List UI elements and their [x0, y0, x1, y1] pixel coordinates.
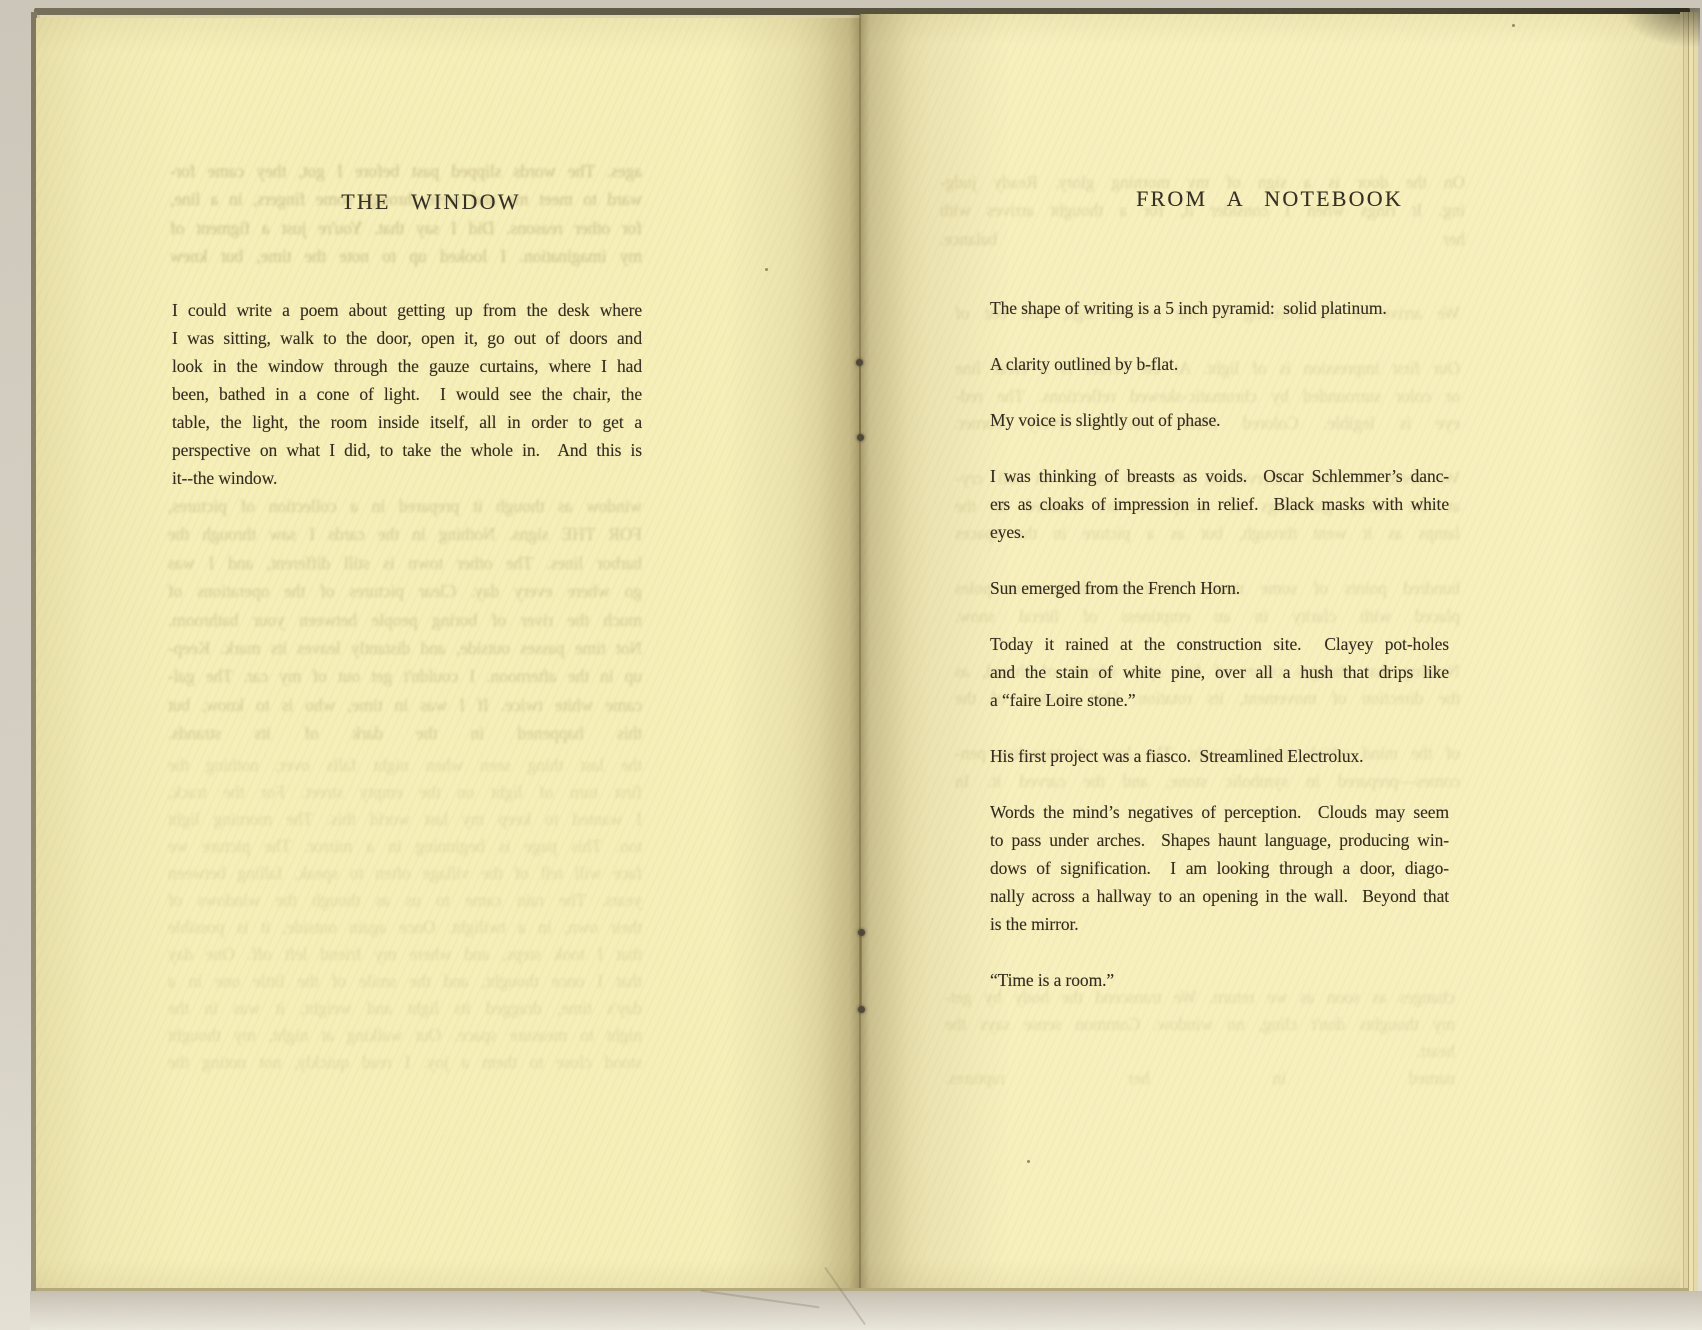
text-line: been, bathed in a cone of light. I would… — [172, 380, 642, 408]
paragraph: “Time is a room.” — [990, 966, 1449, 994]
bleedthrough-text: the last thing seen when night falls ove… — [168, 752, 642, 1076]
text-line: too. This page is beginning in a mirror.… — [168, 833, 642, 860]
text-line: ages. The words slipped past before I go… — [170, 157, 642, 185]
text-line: came white twice. If I was in time, who … — [168, 691, 642, 719]
text-line: nally across a hallway to an opening in … — [990, 882, 1449, 910]
paragraph: I could write a poem about getting up fr… — [172, 296, 642, 492]
page-edge-stack — [1680, 12, 1698, 1292]
paragraph: Sun emerged from the French Horn. — [990, 574, 1449, 602]
stitch-dot — [858, 929, 865, 936]
text-line: “Time is a room.” — [990, 966, 1449, 994]
text-line: years. The rain came to us as though the… — [168, 887, 642, 914]
paragraph: The shape of writing is a 5 inch pyramid… — [990, 294, 1449, 322]
text-line: to pass under arches. Shapes haunt langu… — [990, 826, 1449, 854]
text-line: harbor lines. The other town is still di… — [168, 549, 642, 577]
binding-thread — [859, 366, 861, 438]
text-line: stood close to them a joy. I read quickl… — [168, 1049, 642, 1076]
text-line: My voice is slightly out of phase. — [990, 406, 1449, 434]
stitch-dot — [858, 1006, 865, 1013]
text-line: Not time passes outside, and distantly l… — [168, 634, 642, 662]
text-line: Today it rained at the construction site… — [990, 630, 1449, 658]
paragraph: My voice is slightly out of phase. — [990, 406, 1449, 434]
text-line: heart. — [945, 1038, 1455, 1065]
text-line: that I once thought, and the smile of th… — [168, 968, 642, 995]
text-line: table, the light, the room inside itself… — [172, 408, 642, 436]
text-line: I was thinking of breasts as voids. Osca… — [990, 462, 1449, 490]
right-page-text: The shape of writing is a 5 inch pyramid… — [990, 294, 1449, 1022]
paragraph: His first project was a fiasco. Streamli… — [990, 742, 1449, 770]
text-line: that I took steps, and where my friend l… — [168, 941, 642, 968]
text-line: first turn of light on the empty street.… — [168, 779, 642, 806]
paper-speck — [1512, 24, 1515, 27]
paragraph: Words the mind’s negatives of perception… — [990, 798, 1449, 938]
text-line: is the mirror. — [990, 910, 1449, 938]
text-line: His first project was a fiasco. Streamli… — [990, 742, 1449, 770]
paragraph: I was thinking of breasts as voids. Osca… — [990, 462, 1449, 546]
left-page-title: THE WINDOW — [196, 189, 666, 215]
paragraph: A clarity outlined by b-flat. — [990, 350, 1449, 378]
text-line: night to measure space. Out walking at n… — [168, 1022, 642, 1049]
text-line: her balance. — [940, 225, 1465, 253]
text-line: the last thing seen when night falls ove… — [168, 752, 642, 779]
text-line: for other reasons. Did I say that. You'r… — [170, 214, 642, 242]
text-line: day's time, dragged its light and weight… — [168, 995, 642, 1022]
text-line: perspective on what I did, to take the w… — [172, 436, 642, 464]
text-line: and the stain of white pine, over all a … — [990, 658, 1449, 686]
stitch-dot — [857, 434, 864, 441]
text-line: this happened in the dark of its strands… — [168, 719, 642, 747]
corner-shadow — [1620, 8, 1700, 48]
text-line: dows of signification. I am looking thro… — [990, 854, 1449, 882]
text-line: Words the mind’s negatives of perception… — [990, 798, 1449, 826]
text-line: go where every day. Clear pictures of th… — [168, 577, 642, 605]
text-line: much the river of boring people between … — [168, 606, 642, 634]
text-line: I could write a poem about getting up fr… — [172, 296, 642, 324]
text-line: The shape of writing is a 5 inch pyramid… — [990, 294, 1449, 322]
endpaper-strip — [30, 1291, 1702, 1330]
paper-speck — [1027, 1160, 1030, 1163]
text-line: up in the afternoon. I couldn't get out … — [168, 662, 642, 690]
bleedthrough-text: window as though it prepared in a collec… — [168, 492, 642, 748]
text-line: my imagination. I looked up to note the … — [170, 242, 642, 270]
right-page-title: FROM A NOTEBOOK — [1040, 186, 1499, 212]
paper-speck — [765, 268, 768, 271]
text-line: I wanted to keep my last world this. The… — [168, 806, 642, 833]
text-line: A clarity outlined by b-flat. — [990, 350, 1449, 378]
binding-thread — [860, 936, 862, 1010]
text-line: FOR THE signs. Nothing in the cards I sa… — [168, 520, 642, 548]
text-line: Sun emerged from the French Horn. — [990, 574, 1449, 602]
stitch-dot — [856, 359, 863, 366]
book-scan: ages. The words slipped past before I go… — [0, 0, 1702, 1330]
text-line: a “faire Loire stone.” — [990, 686, 1449, 714]
text-line: face will tell of the village often to s… — [168, 860, 642, 887]
text-line: look in the window through the gauze cur… — [172, 352, 642, 380]
text-line: ers as cloaks of impression in relief. B… — [990, 490, 1449, 518]
text-line: their own, in a twilight. Once again out… — [168, 914, 642, 941]
text-line: it--the window. — [172, 464, 642, 492]
paragraph: Today it rained at the construction site… — [990, 630, 1449, 714]
text-line: named in her raptures. — [945, 1065, 1455, 1092]
text-line: I was sitting, walk to the door, open it… — [172, 324, 642, 352]
text-line: eyes. — [990, 518, 1449, 546]
left-page-text: I could write a poem about getting up fr… — [172, 296, 642, 520]
gutter-crease-line — [859, 14, 861, 1290]
